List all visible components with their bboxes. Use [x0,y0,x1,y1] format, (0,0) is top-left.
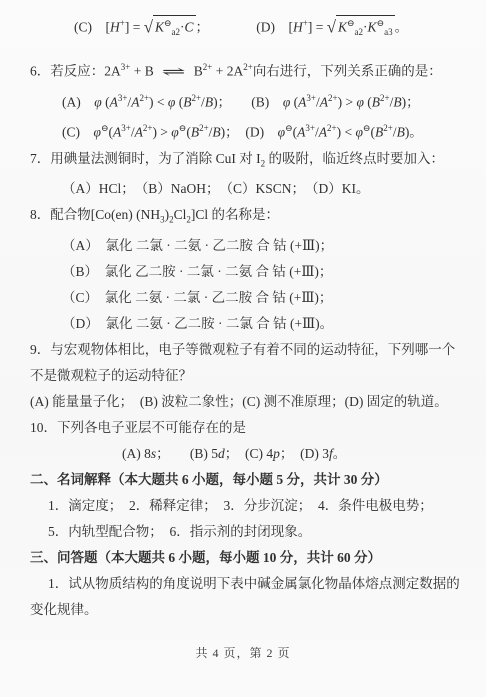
text-segment: s [151,446,156,461]
text-segment: ⊖ [101,123,109,133]
text-segment: C [185,20,194,35]
sqrt-radicand: K⊖a2·K⊖a3 [336,15,395,40]
text-segment: ⇌ [162,63,186,81]
text-segment: + [120,18,125,28]
text-segment: B [372,94,380,109]
text-segment: 2 [169,215,174,225]
text-line: 9．与宏观物体相比，电子等微观粒子有着不同的运动特征，下列哪一个 [30,341,486,359]
text-line: 7．用碘量法测铜时，为了消除 CuI 对 I2 的吸附，临近终点时要加入： [30,150,486,173]
text-line: 5．内轨型配合物； 6．指示剂的封闭现象。 [48,523,486,541]
text-segment: 2+ [243,62,253,72]
text-line: (A) 8s； (B) 5d； (C) 4p； (D) 3f。 [122,445,486,463]
text-segment: 3+ [121,62,131,72]
text-line: 三、问答题（本大题共 6 小题，每小题 10 分，共计 60 分） [30,549,486,567]
text-segment: 3 [160,215,165,225]
text-segment: ⊖ [363,123,371,133]
text-segment: A [135,125,143,140]
exam-body: (C) [H+] = √K⊖a2·C； (D) [H+] = √K⊖a2·K⊖a… [0,14,486,619]
text-segment: B [375,125,383,140]
text-segment: B [212,125,220,140]
text-line: 不是微观粒子的运动特征？ [30,367,486,385]
text-line: 二、名词解释（本大题共 6 小题，每小题 5 分，共计 30 分） [30,471,486,489]
text-segment: 3+ [305,123,315,133]
text-segment: 2+ [328,93,338,103]
text-line: (A) φ (A3+/A2+) < φ (B2+/B)； (B) φ (A3+/… [62,89,486,112]
text-segment: ⊖ [377,18,385,28]
text-segment: B [397,125,405,140]
text-segment: φ [278,125,285,140]
text-line: 6．若反应：2A3+ + B ⇌ B2+ + 2A2+向右进行，下列关系正确的是… [30,58,486,81]
text-segment: ⊖ [285,123,293,133]
text-segment: K [155,20,164,35]
text-segment: B [191,125,199,140]
text-line: 8．配合物[Co(en) (NH3)2Cl2]Cl 的名称是： [30,206,486,229]
text-segment: 2+ [203,62,213,72]
text-segment: φ [283,94,290,109]
text-line: 1．试从物质结构的角度说明下表中碱金属氯化物晶体熔点测定数据的 [48,575,486,593]
text-segment: φ [94,125,101,140]
text-segment: B [205,94,213,109]
text-segment: K [368,20,377,35]
text-line: （D） 氯化 二氨 · 乙二胺 · 二氯 合 钴 (+Ⅲ)。 [62,315,486,333]
text-line: 10．下列各电子亚层不可能存在的是 [30,419,486,437]
text-segment: ⊖ [347,18,355,28]
text-segment: 2+ [327,123,337,133]
text-segment: 2+ [380,93,390,103]
text-segment: A [320,94,328,109]
text-line: 变化规律。 [30,601,486,619]
text-segment: 2+ [139,93,149,103]
text-segment: 3+ [306,93,316,103]
text-segment: A [110,94,118,109]
text-segment: 2 [186,215,191,225]
text-line: （B） 氯化 乙二胺 · 二氯 · 二氨 合 钴 (+Ⅲ)； [62,263,486,281]
page-footer: 共 4 页，第 2 页 [0,644,486,661]
text-segment: f [329,446,333,461]
text-segment: 2+ [143,123,153,133]
exam-page: (C) [H+] = √K⊖a2·C； (D) [H+] = √K⊖a2·K⊖a… [0,0,486,697]
text-segment: 2+ [199,123,209,133]
text-segment: 3+ [121,123,131,133]
text-segment: 2+ [383,123,393,133]
text-segment: φ [355,125,362,140]
sqrt-symbol: √ [327,18,336,37]
text-segment: H [293,20,303,35]
text-segment: H [110,20,120,35]
text-segment: d [218,446,225,461]
text-line: (C) [H+] = √K⊖a2·C； (D) [H+] = √K⊖a2·K⊖a… [74,14,486,40]
text-segment: 2 [261,158,266,168]
text-segment: a3 [384,27,393,37]
text-line: (C) φ⊖(A3+/A2+) > φ⊖(B2+/B)； (D) φ⊖(A3+/… [62,119,486,142]
text-segment: B [393,94,401,109]
text-line: （A）HCl； （B）NaOH； （C）KSCN； （D）KI。 [62,180,486,198]
text-segment: a2 [355,27,364,37]
text-line: (A) 能量量子化； (B) 波粒二象性；(C) 测不准原理；(D) 固定的轨道… [30,393,486,411]
text-segment: K [338,20,347,35]
text-segment: φ [168,94,175,109]
text-segment: + [303,18,308,28]
text-segment: A [319,125,327,140]
text-segment: ⊖ [164,18,172,28]
text-segment: a2 [172,27,181,37]
sqrt-radicand: K⊖a2·C [153,15,196,40]
text-segment: φ [94,94,101,109]
text-segment: ⊖ [179,123,187,133]
text-line: （A） 氯化 二氯 · 二氨 · 乙二胺 合 钴 (+Ⅲ)； [62,237,486,255]
text-line: 1．滴定度； 2．稀释定律； 3．分步沉淀； 4．条件电极电势； [48,497,486,515]
text-segment: φ [171,125,178,140]
sqrt-symbol: √ [144,18,153,37]
text-segment: 2+ [191,93,201,103]
text-segment: p [273,446,280,461]
text-line: （C） 氯化 二氨 · 二氯 · 乙二胺 合 钴 (+Ⅲ)； [62,289,486,307]
text-segment: 3+ [118,93,128,103]
text-segment: φ [356,94,363,109]
